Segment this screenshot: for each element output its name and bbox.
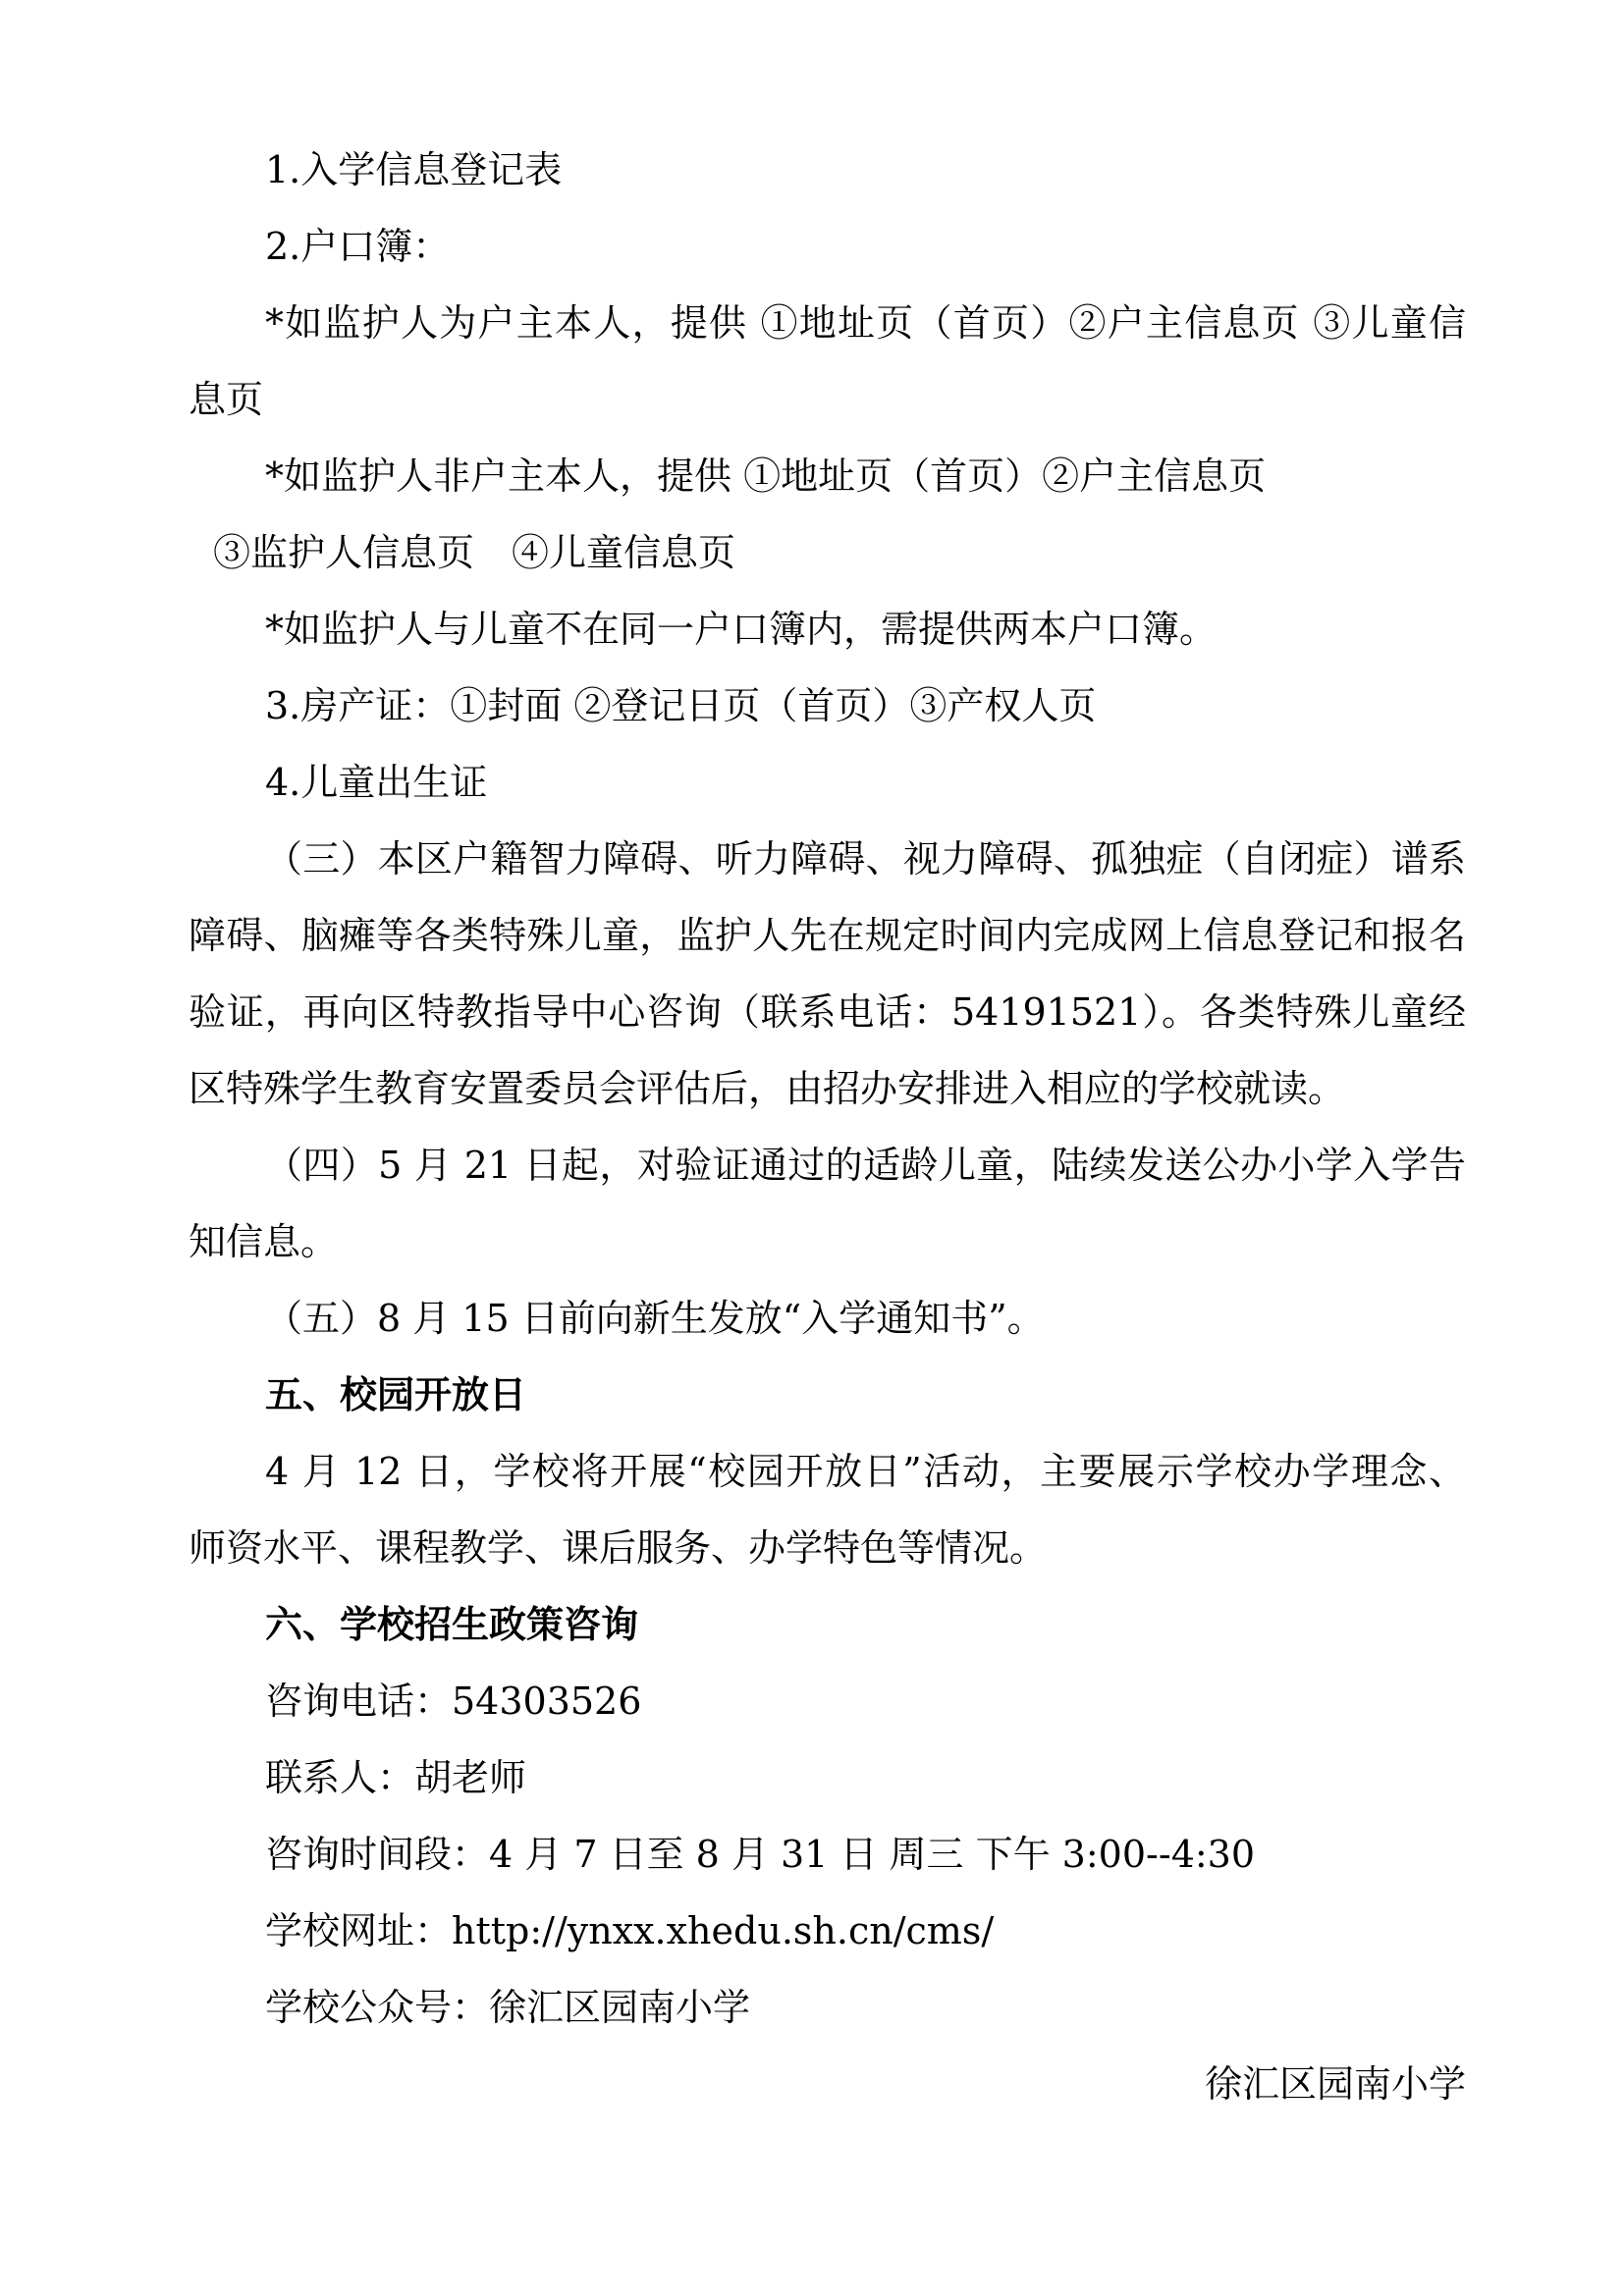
list-item-property-certificate: 3.房产证：①封面 ②登记日页（首页）③产权人页 — [189, 667, 1466, 744]
document-page: 1.入学信息登记表 2.户口簿： *如监护人为户主本人，提供 ①地址页（首页）②… — [0, 0, 1624, 2296]
signature-school-name: 徐汇区园南小学 — [189, 2046, 1466, 2122]
note-guardian-not-head-line2: ③监护人信息页 ④儿童信息页 — [189, 514, 1466, 591]
para-admission-notice-line2: 知信息。 — [189, 1203, 1466, 1280]
list-item-birth-certificate: 4.儿童出生证 — [189, 744, 1466, 821]
note-guardian-is-head-line2: 息页 — [189, 361, 1466, 438]
note-guardian-not-head-line1: *如监护人非户主本人，提供 ①地址页（首页）②户主信息页 — [189, 438, 1466, 514]
list-item-household-register: 2.户口簿： — [189, 208, 1466, 285]
para-open-day-line2: 师资水平、课程教学、课后服务、办学特色等情况。 — [189, 1510, 1466, 1586]
heading-policy-consultation: 六、学校招生政策咨询 — [189, 1586, 1466, 1663]
para-admission-letter: （五）8 月 15 日前向新生发放“入学通知书”。 — [189, 1280, 1466, 1357]
para-admission-notice-line1: （四）5 月 21 日起，对验证通过的适龄儿童，陆续发送公办小学入学告 — [189, 1127, 1466, 1203]
heading-campus-open-day: 五、校园开放日 — [189, 1357, 1466, 1433]
para-special-children-line3: 验证，再向区特教指导中心咨询（联系电话：54191521）。各类特殊儿童经市、 — [189, 974, 1466, 1050]
para-special-children-line4: 区特殊学生教育安置委员会评估后，由招办安排进入相应的学校就读。 — [189, 1050, 1466, 1127]
document-body: 1.入学信息登记表 2.户口簿： *如监护人为户主本人，提供 ①地址页（首页）②… — [0, 0, 1624, 2122]
note-guardian-is-head-line1: *如监护人为户主本人，提供 ①地址页（首页）②户主信息页 ③儿童信 — [189, 285, 1466, 361]
note-separate-household-register: *如监护人与儿童不在同一户口簿内，需提供两本户口簿。 — [189, 591, 1466, 667]
para-open-day-line1: 4 月 12 日，学校将开展“校园开放日”活动，主要展示学校办学理念、 — [189, 1433, 1466, 1510]
info-contact-person: 联系人：胡老师 — [189, 1739, 1466, 1816]
para-special-children-line2: 障碍、脑瘫等各类特殊儿童，监护人先在规定时间内完成网上信息登记和报名 — [189, 897, 1466, 974]
info-school-website: 学校网址：http://ynxx.xhedu.sh.cn/cms/ — [189, 1893, 1466, 1969]
list-item-enrollment-form: 1.入学信息登记表 — [189, 132, 1466, 208]
info-consult-phone: 咨询电话：54303526 — [189, 1663, 1466, 1739]
para-special-children-line1: （三）本区户籍智力障碍、听力障碍、视力障碍、孤独症（自闭症）谱系 — [189, 821, 1466, 897]
info-consult-time: 咨询时间段：4 月 7 日至 8 月 31 日 周三 下午 3:00--4:30 — [189, 1816, 1466, 1893]
info-school-wechat: 学校公众号：徐汇区园南小学 — [189, 1969, 1466, 2046]
